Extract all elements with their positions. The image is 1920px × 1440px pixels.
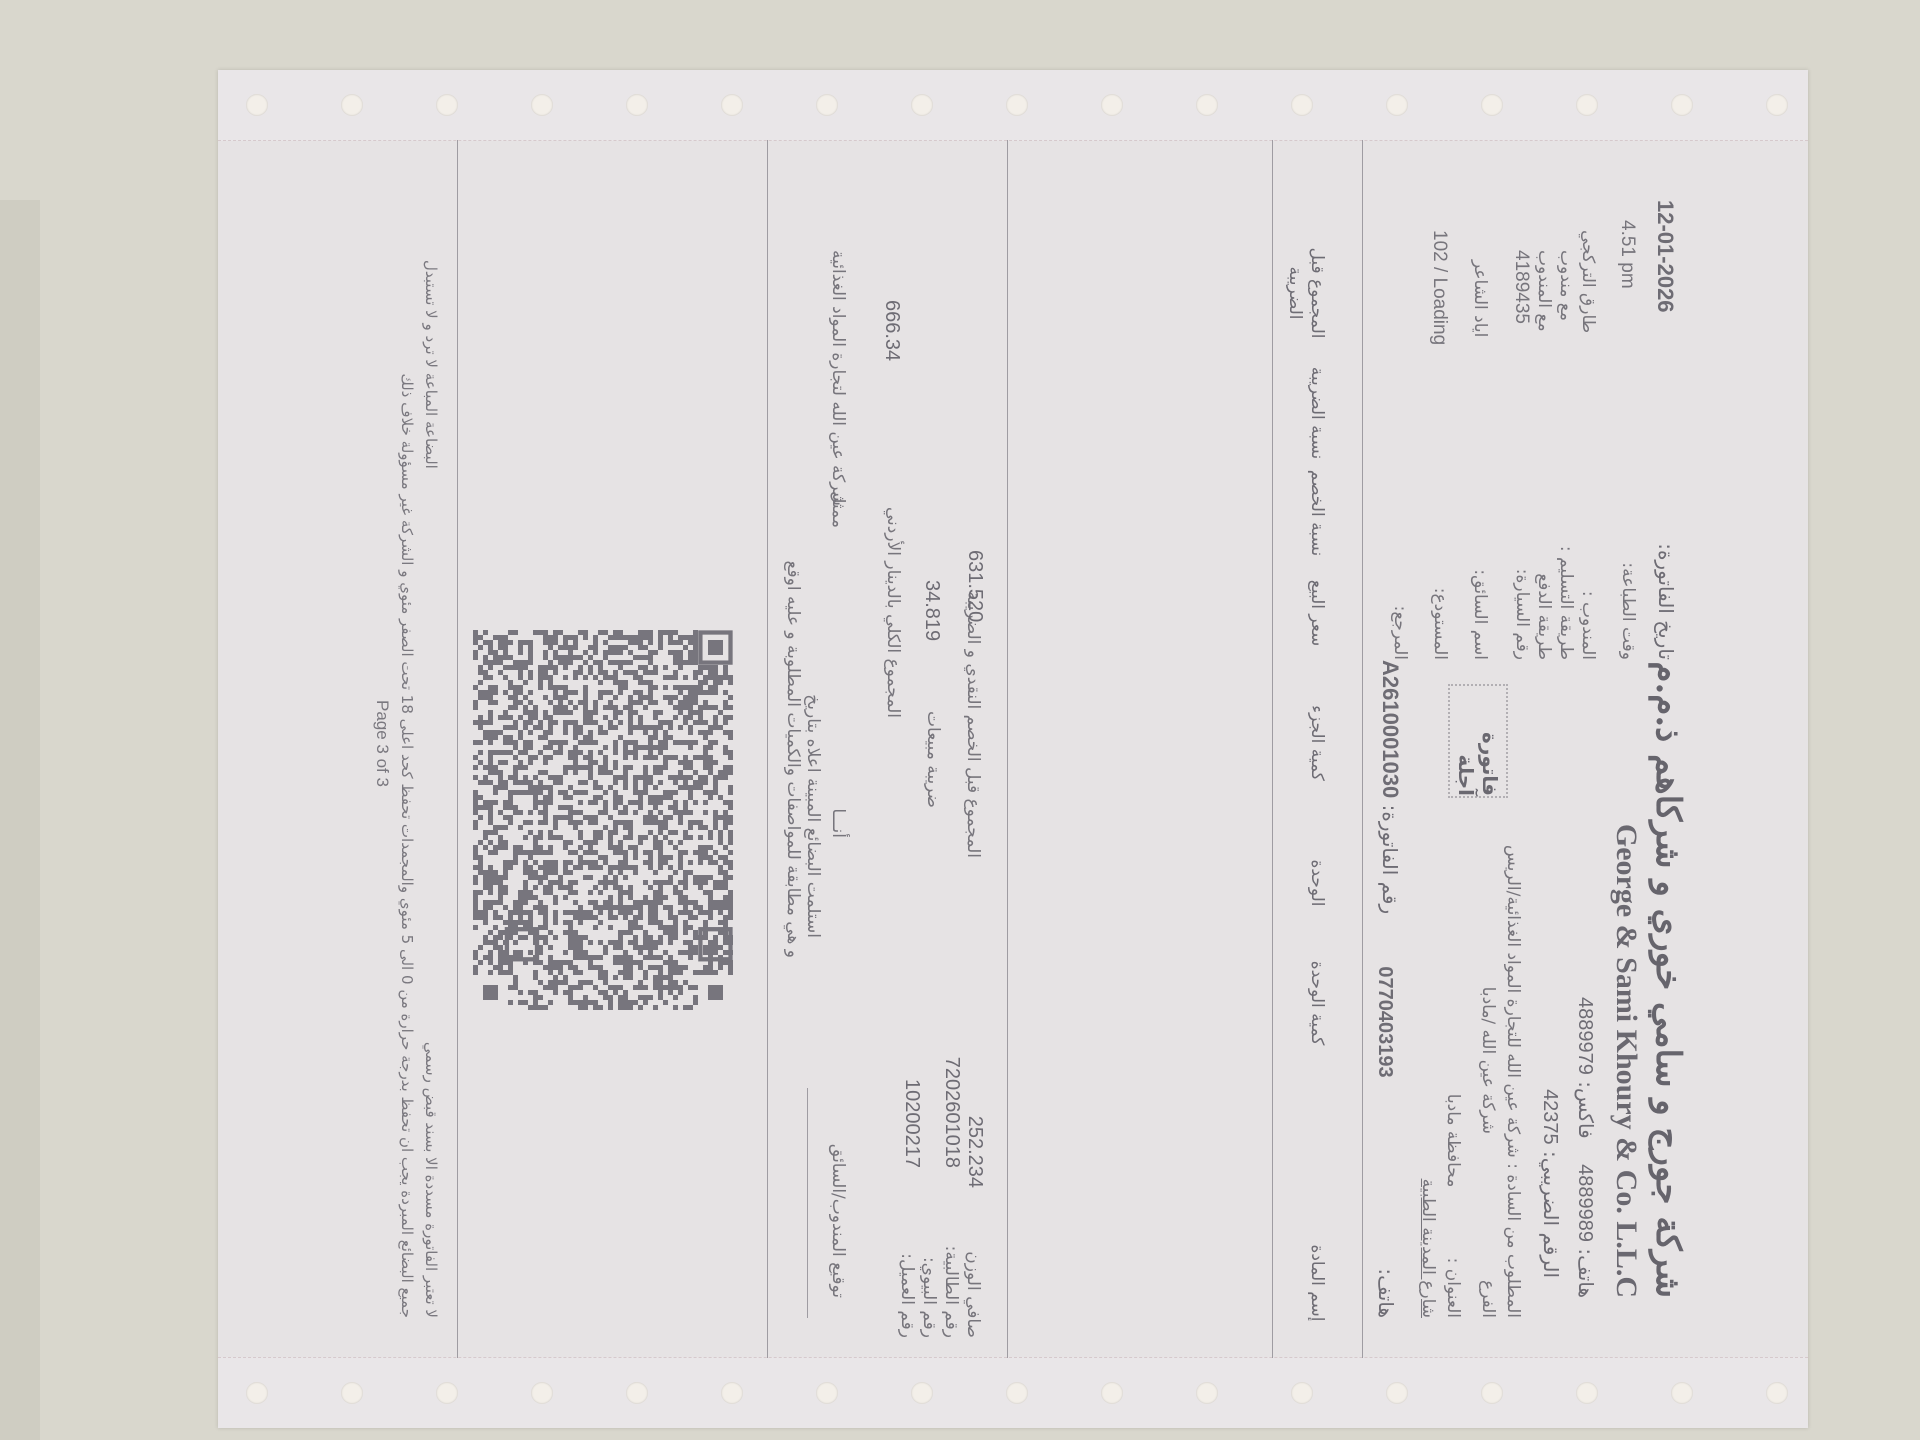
car-row: رقم السيارة: 4189435 bbox=[1512, 180, 1532, 660]
sprocket-hole bbox=[626, 94, 648, 116]
sprocket-hole bbox=[1576, 1382, 1598, 1404]
recipient-company-label: شركة عين الله لتجارة المواد الغذائية bbox=[828, 250, 848, 506]
sprocket-hole bbox=[1576, 94, 1598, 116]
customer-number: 10200217 bbox=[900, 1079, 923, 1168]
sales-tax-value: 34.819 bbox=[920, 580, 943, 641]
sprocket-hole bbox=[626, 1382, 648, 1404]
subtotal-value: 631.520 bbox=[963, 550, 986, 622]
sprocket-hole bbox=[721, 94, 743, 116]
invoice-number-label: رقم الفاتورة: bbox=[1378, 805, 1402, 915]
sprocket-hole bbox=[341, 94, 363, 116]
tax-number-label: رقم البيوي: bbox=[919, 1257, 939, 1338]
table-header-cell: كمية الجزء bbox=[1306, 688, 1328, 798]
payment-row: طريقة الدفع مع المندوب bbox=[1534, 180, 1554, 660]
sprocket-hole bbox=[1671, 94, 1693, 116]
driver-label: اسم السائق: bbox=[1470, 569, 1490, 660]
car-number: 4189435 bbox=[1510, 250, 1532, 324]
customer-number-label: رقم العميل: bbox=[897, 1253, 917, 1338]
footer-note-returns: البضاعة المباعة لا ترد و لا تستبدل bbox=[422, 260, 440, 469]
sprocket-hole bbox=[1481, 1382, 1503, 1404]
grand-total-value: 666.34 bbox=[880, 300, 903, 361]
grand-total-label: المجموع الكلي بالدينار الأردني bbox=[883, 507, 903, 718]
company-fax: 4889979 bbox=[1574, 997, 1596, 1075]
sprocket-hole bbox=[341, 1382, 363, 1404]
sprocket-hole bbox=[1291, 94, 1313, 116]
company-phone-row: هاتف: 4889989 فاكس: 4889979 bbox=[1573, 997, 1598, 1298]
table-header-cell: نسبة الخصم bbox=[1306, 458, 1328, 568]
invoice-date-row: تاريخ الفاتورة: 12-01-2026 bbox=[1654, 180, 1678, 660]
driver-signature-line bbox=[807, 1088, 808, 1318]
driver-value: اياد الشاعر bbox=[1470, 260, 1490, 337]
rep-row: المندوب : طارق التركجي bbox=[1578, 180, 1598, 660]
address-label: العنوان : bbox=[1443, 1258, 1463, 1318]
order-number: 7202601018 bbox=[940, 1057, 963, 1168]
sprocket-hole bbox=[436, 1382, 458, 1404]
sprocket-hole bbox=[816, 1382, 838, 1404]
reference-label: المرجع: bbox=[1390, 606, 1410, 660]
page-number: Page 3 of 3 bbox=[372, 700, 392, 787]
sprocket-hole bbox=[1766, 1382, 1788, 1404]
branch-value: شركة عين الله /مادبا bbox=[1478, 987, 1498, 1134]
sprocket-hole bbox=[246, 94, 268, 116]
sprocket-hole bbox=[531, 1382, 553, 1404]
table-header-cell: المجموع قبل الضريبة bbox=[1284, 238, 1328, 348]
subtotal-label: المجموع قبل الخصم النقدي و الضريبة bbox=[963, 591, 983, 858]
customer-name: شركة عين الله للتجارة المواد الغذائية/ال… bbox=[1503, 845, 1523, 1158]
footer-note-payment: لا تعتبر الفاتورة مسددة الا بسند قبض رسم… bbox=[422, 1042, 440, 1318]
invoice-type-badge: فاتورة آجلة bbox=[1448, 684, 1508, 798]
company-name-english: George & Sami Khoury & Co. L.L.C bbox=[1609, 824, 1643, 1298]
table-header-cell: سعر البيع bbox=[1306, 558, 1328, 668]
sprocket-hole bbox=[1196, 1382, 1218, 1404]
branch-label: الفرع bbox=[1478, 1280, 1498, 1318]
company-tax-number: 42375 bbox=[1539, 1089, 1561, 1145]
sprocket-hole bbox=[246, 1382, 268, 1404]
totals-top-rule bbox=[1007, 140, 1008, 1358]
sprocket-hole bbox=[911, 94, 933, 116]
table-header-cell: نسبة الضريبة bbox=[1306, 358, 1328, 468]
sprocket-hole bbox=[1291, 1382, 1313, 1404]
sprocket-hole bbox=[1006, 1382, 1028, 1404]
received-statement-line1: استلمت البضائع المبينة اعلاه بتاريخ bbox=[803, 694, 823, 938]
rep-value: طارق التركجي bbox=[1578, 230, 1598, 333]
invoice-date-label: تاريخ الفاتورة: bbox=[1654, 543, 1678, 660]
ana-label: أنـــا bbox=[828, 808, 848, 838]
invoice-paper: شركة جورج و سامي خوري و شركاهم ذ.م.م Geo… bbox=[218, 70, 1808, 1428]
sprocket-hole bbox=[816, 94, 838, 116]
customer-phone-row: هاتف: 0770403193 bbox=[1373, 966, 1398, 1318]
tax-label: الرقم الضريبي: bbox=[1539, 1151, 1563, 1278]
print-time-row: وقت الطباعة: 4.51 pm bbox=[1618, 180, 1638, 660]
car-label: رقم السيارة: bbox=[1512, 569, 1532, 660]
sprocket-strip-left bbox=[218, 70, 1808, 141]
phone-label: هاتف: bbox=[1574, 1248, 1598, 1298]
sprocket-hole bbox=[1481, 94, 1503, 116]
delivery-row: طريقة التسليم : مع مندوب bbox=[1556, 180, 1576, 660]
sprocket-hole bbox=[531, 94, 553, 116]
customer-phone: 0770403193 bbox=[1374, 966, 1396, 1077]
sprocket-hole bbox=[1671, 1382, 1693, 1404]
print-time: 4.51 pm bbox=[1616, 220, 1638, 289]
footer-rule bbox=[457, 140, 458, 1358]
warehouse-value: 102 / Loading bbox=[1428, 230, 1450, 345]
sprocket-hole bbox=[436, 94, 458, 116]
warehouse-label: المستودع: bbox=[1430, 588, 1450, 660]
table-top-rule bbox=[1362, 140, 1363, 1358]
delivery-value: مع مندوب bbox=[1556, 250, 1576, 321]
sprocket-hole bbox=[721, 1382, 743, 1404]
company-phone: 4889989 bbox=[1574, 1164, 1596, 1242]
sprocket-hole bbox=[911, 1382, 933, 1404]
desk-background bbox=[0, 200, 40, 1440]
required-from-row: المطلوب من السادة : شركة عين الله للتجار… bbox=[1503, 845, 1523, 1318]
branch-row: الفرع شركة عين الله /مادبا bbox=[1478, 987, 1498, 1318]
sales-tax-label: ضريبة مبيعات bbox=[923, 711, 943, 808]
sprocket-hole bbox=[1386, 1382, 1408, 1404]
invoice-number-row: رقم الفاتورة: A2610001030 bbox=[1377, 660, 1403, 914]
company-name-arabic: شركة جورج و سامي خوري و شركاهم ذ.م.م bbox=[1648, 661, 1688, 1298]
order-number-label: رقم الطالبية: bbox=[941, 1246, 961, 1338]
company-tax-row: الرقم الضريبي: 42375 bbox=[1538, 1089, 1563, 1278]
qr-code bbox=[473, 630, 733, 1010]
sprocket-hole bbox=[1101, 1382, 1123, 1404]
payment-value: مع المندوب bbox=[1534, 250, 1554, 332]
received-statement-line2: و هي مطابقة للمواصفات والكميات المطلوبة … bbox=[783, 560, 803, 958]
sprocket-hole bbox=[1006, 94, 1028, 116]
signature-bottom-rule bbox=[767, 140, 768, 1358]
invoice-content: شركة جورج و سامي خوري و شركاهم ذ.م.م Geo… bbox=[218, 140, 1808, 1358]
invoice-number: A2610001030 bbox=[1378, 660, 1403, 798]
net-weight-label: صافي الوزن bbox=[963, 1251, 983, 1338]
table-header-rule bbox=[1272, 140, 1273, 1358]
driver-signature-label: توقيع المندوب/السائق bbox=[828, 1144, 848, 1298]
customer-phone-label: هاتف: bbox=[1374, 1268, 1398, 1318]
table-header-cell: إسم المادة bbox=[1306, 1228, 1328, 1338]
sprocket-hole bbox=[1196, 94, 1218, 116]
payment-label: طريقة الدفع bbox=[1534, 573, 1554, 660]
table-header-cell: الوحدة bbox=[1306, 828, 1328, 938]
table-header-cell: كمية الوحدة bbox=[1306, 948, 1328, 1058]
driver-row: اسم السائق: اياد الشاعر bbox=[1470, 180, 1490, 660]
sprocket-hole bbox=[1766, 94, 1788, 116]
warehouse-row: المستودع: 102 / Loading bbox=[1430, 180, 1450, 660]
street: شارع المدينة الطبية bbox=[1418, 1179, 1438, 1318]
sprocket-strip-right bbox=[218, 1357, 1808, 1428]
footer-note-storage: جميع البضائع المبردة يجب ان تحفظ بدرجة ح… bbox=[398, 373, 416, 1318]
rep-label: المندوب : bbox=[1578, 591, 1598, 660]
print-time-label: وقت الطباعة: bbox=[1618, 562, 1638, 660]
sprocket-hole bbox=[1101, 94, 1123, 116]
reference-row: المرجع: bbox=[1390, 180, 1410, 660]
invoice-date: 12-01-2026 bbox=[1652, 200, 1678, 313]
net-weight: 252.234 bbox=[963, 1116, 986, 1188]
address-value: محافظة مادبا bbox=[1443, 1094, 1463, 1188]
required-from-label: المطلوب من السادة : bbox=[1503, 1163, 1523, 1318]
address-row: العنوان : محافظة مادبا bbox=[1443, 1094, 1463, 1318]
fax-label: فاكس: bbox=[1574, 1081, 1598, 1138]
delivery-label: طريقة التسليم : bbox=[1556, 546, 1576, 660]
sprocket-hole bbox=[1386, 94, 1408, 116]
